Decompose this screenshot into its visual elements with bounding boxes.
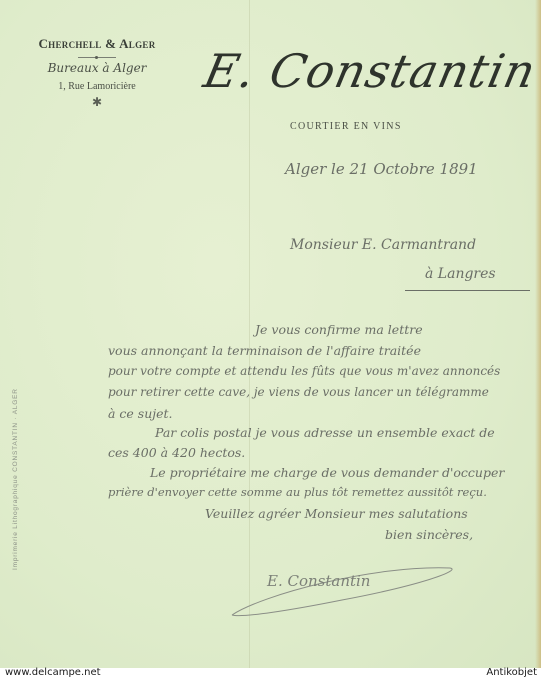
body-line: Je vous confirme ma lettre <box>255 322 423 337</box>
letterhead-city: Cherchell & Alger <box>22 36 172 52</box>
footer-site-link[interactable]: www.delcampe.net <box>5 667 101 678</box>
side-imprint-text: Imprimerie Lithographique CONSTANTIN · A… <box>12 388 19 570</box>
closing-line: bien sincères, <box>385 527 473 542</box>
closing-line: Veuillez agréer Monsieur mes salutations <box>205 506 468 521</box>
body-line: à ce sujet. <box>108 406 173 421</box>
signature: E. Constantin <box>222 560 462 620</box>
letterhead-address: 1, Rue Lamoricière <box>22 81 172 92</box>
body-line: Le propriétaire me charge de vous demand… <box>150 465 504 480</box>
letter-paper: Cherchell & Alger Bureaux à Alger 1, Rue… <box>0 0 541 668</box>
divider-ornament <box>78 57 116 58</box>
letterhead-name: E. Constantin <box>199 44 541 98</box>
body-line: pour votre compte et attendu les fûts qu… <box>108 364 500 378</box>
letterhead-left: Cherchell & Alger Bureaux à Alger 1, Rue… <box>22 36 172 109</box>
footer-bar: www.delcampe.net Antikobjet <box>0 668 541 680</box>
side-imprint: Imprimerie Lithographique CONSTANTIN · A… <box>12 300 24 580</box>
body-line: Par colis postal je vous adresse un ense… <box>155 425 495 440</box>
body-line: vous annonçant la terminaison de l'affai… <box>108 343 421 358</box>
footer-seller: Antikobjet <box>486 667 537 678</box>
letterhead-profession: Courtier en Vins <box>290 121 402 132</box>
addressee-name: Monsieur E. Carmantrand <box>290 237 476 253</box>
letterhead-bureaux: Bureaux à Alger <box>22 61 172 75</box>
body-line: pour retirer cette cave, je viens de vou… <box>108 385 489 399</box>
body-line: prière d'envoyer cette somme au plus tôt… <box>108 485 487 499</box>
signature-flourish-icon <box>222 560 462 620</box>
letter-date: Alger le 21 Octobre 1891 <box>285 160 478 178</box>
star-ornament-icon: ✱ <box>22 95 172 109</box>
addressee-underline <box>405 290 530 291</box>
addressee-place: à Langres <box>425 266 496 282</box>
signature-text: E. Constantin <box>267 572 370 590</box>
body-line: ces 400 à 420 hectos. <box>108 445 245 460</box>
